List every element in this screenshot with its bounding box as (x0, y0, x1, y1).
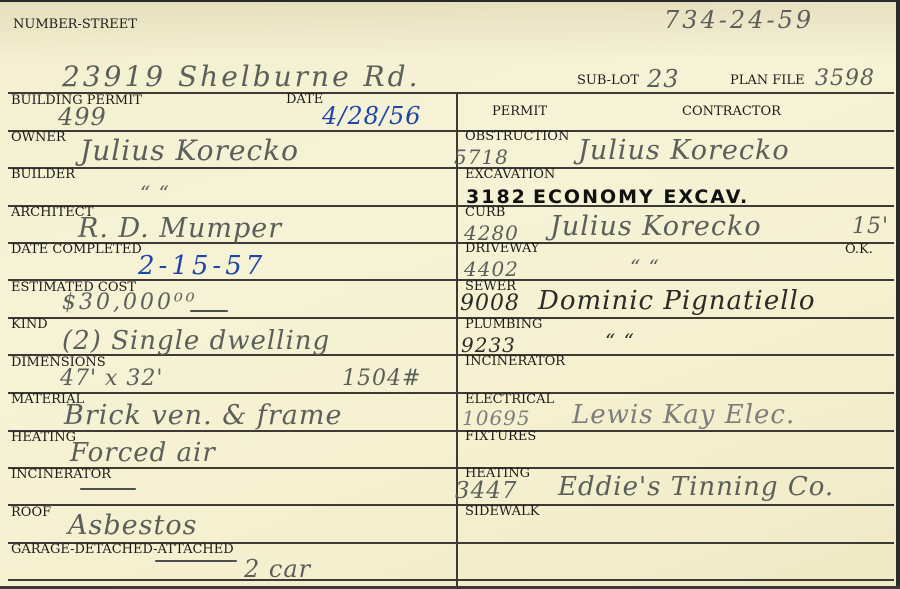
sewer-permit: 9008 (460, 291, 520, 317)
permit-column-header: PERMIT (492, 105, 547, 119)
heating-label: HEATING (11, 431, 76, 445)
sub-lot-label: SUB-LOT (577, 74, 639, 88)
obstruction-contractor: Julius Korecko (578, 138, 790, 164)
obstruction-label: OBSTRUCTION (465, 130, 569, 144)
driveway-note: O.K. (845, 243, 873, 257)
heating-permit: 3447 (455, 478, 518, 504)
rule-line (8, 392, 894, 394)
plumbing-contractor: “ “ (605, 328, 635, 354)
builder-label: BUILDER (11, 168, 75, 182)
incinerator-label: INCINERATOR (11, 468, 111, 482)
building-permit-value: 499 (58, 104, 107, 130)
roof-value: Asbestos (68, 513, 197, 539)
curb-contractor: Julius Korecko (550, 214, 762, 240)
building-permit-index-card: 734-24-59 NUMBER-STREET 23919 Shelburne … (0, 0, 900, 589)
rule-line (8, 579, 894, 581)
number-street-value: 23919 Shelburne Rd. (62, 64, 420, 90)
sewer-contractor: Dominic Pignatiello (538, 288, 816, 314)
excavation-contractor: ECONOMY EXCAV. (533, 184, 749, 210)
right-incinerator-label: INCINERATOR (465, 355, 565, 369)
curb-label: CURB (465, 206, 505, 220)
plan-file-label: PLAN FILE (730, 74, 805, 88)
cents-underline (190, 310, 228, 312)
owner-label: OWNER (11, 131, 66, 145)
curb-note: 15' (852, 214, 889, 240)
owner-value: Julius Korecko (80, 138, 299, 164)
plan-file-value: 3598 (815, 66, 875, 92)
date-value: 4/28/56 (322, 103, 422, 129)
driveway-label: DRIVEWAY (465, 242, 539, 256)
date-label: DATE (286, 93, 323, 107)
date-completed-value: 2-15-57 (138, 253, 266, 279)
rule-line (8, 130, 894, 132)
incinerator-underline (80, 488, 136, 490)
excavation-label: EXCAVATION (465, 168, 555, 182)
kind-label: KIND (11, 318, 48, 332)
garage-label: GARAGE-DETACHED-ATTACHED (11, 543, 234, 557)
electrical-contractor: Lewis Kay Elec. (572, 402, 795, 428)
architect-value: R. D. Mumper (78, 216, 282, 242)
material-value: Brick ven. & frame (64, 403, 342, 429)
sidewalk-label: SIDEWALK (465, 505, 539, 519)
roof-label: ROOF (11, 506, 51, 520)
dimensions-value: 47' x 32' (60, 366, 163, 392)
fixtures-label: FIXTURES (465, 430, 536, 444)
card-edge-right (896, 0, 900, 589)
rule-line (8, 167, 894, 169)
rule-line (8, 317, 894, 319)
sub-lot-value: 23 (647, 66, 680, 92)
card-edge-top (0, 0, 900, 2)
heating-value: Forced air (70, 440, 216, 466)
contractor-column-header: CONTRACTOR (682, 105, 781, 119)
heating-contractor: Eddie's Tinning Co. (558, 474, 834, 500)
date-completed-label: DATE COMPLETED (11, 243, 142, 257)
dimensions-extra: 1504# (342, 366, 421, 392)
kind-value: (2) Single dwelling (62, 328, 330, 354)
attached-underline (155, 560, 237, 562)
rule-line (8, 504, 894, 506)
builder-value: “ “ (140, 180, 170, 206)
number-street-label: NUMBER-STREET (13, 18, 137, 32)
driveway-contractor: “ “ (630, 254, 660, 280)
plumbing-label: PLUMBING (465, 318, 542, 332)
garage-value: 2 car (244, 556, 311, 582)
electrical-permit: 10695 (462, 405, 531, 431)
estimated-cost-value: $30,000⁰⁰ (62, 290, 198, 316)
reference-number: 734-24-59 (664, 7, 814, 33)
